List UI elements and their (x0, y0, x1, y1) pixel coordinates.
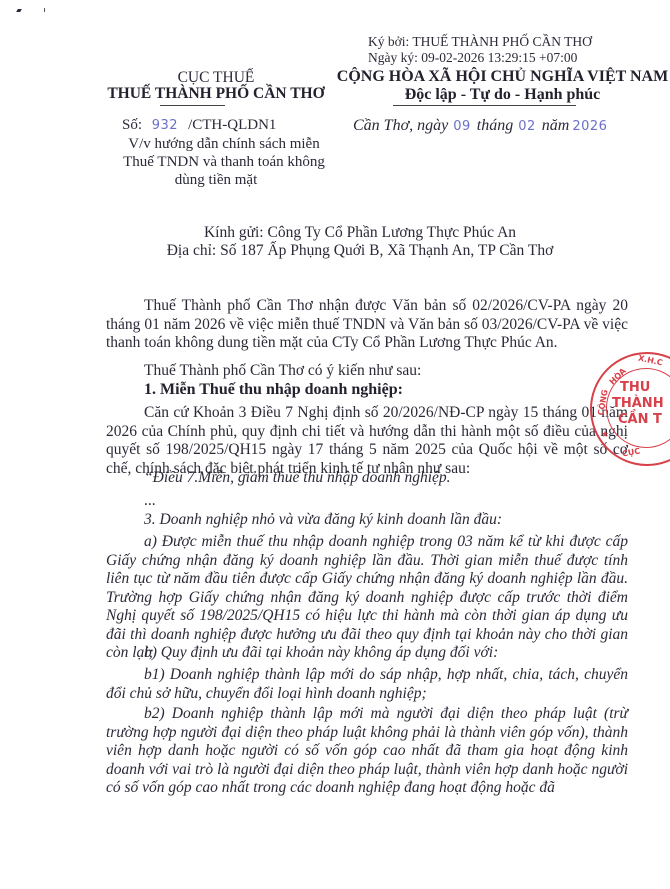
clause-3b1: b1) Doanh nghiệp thành lập mới do sáp nh… (106, 666, 628, 703)
document-number-label: Số: (122, 117, 142, 133)
scan-artifact (16, 9, 22, 12)
quoted-article-title: “Điều 7.Miễn, giảm thuế thu nhập doanh n… (144, 469, 666, 488)
clause-3b2: b2) Doanh nghiệp thành lập mới mà người … (106, 705, 628, 798)
star-icon: ★ (601, 430, 609, 440)
handwritten-day: 09 (453, 119, 471, 134)
month-label: tháng (477, 117, 513, 134)
seal-center-text: CẦN T (618, 412, 662, 427)
header-divider-left (160, 105, 225, 106)
ellipsis: ... (144, 492, 666, 511)
header-divider-right (393, 105, 576, 106)
issuing-agency: CỤC THUẾ (100, 69, 332, 86)
place-prefix: Cần Thơ, ngày (353, 117, 448, 134)
handwritten-month: 02 (518, 119, 536, 134)
document-number: Số: 932/CTH-QLDN1 (122, 117, 276, 134)
intro-paragraph: Thuế Thành phố Cần Thơ nhận được Văn bản… (106, 297, 628, 353)
recipient-address: Địa chỉ: Số 187 Ấp Phụng Quới B, Xã Thạn… (80, 242, 640, 260)
seal-ring-text: CỤC (621, 446, 641, 458)
subject-line: V/v hướng dẫn chính sách miễn (100, 136, 340, 154)
digital-signature-signer: Ký bởi: THUẾ THÀNH PHỐ CẦN THƠ (368, 34, 592, 50)
place-and-date: Cần Thơ, ngày09tháng02năm2026 (353, 117, 613, 136)
year-label: năm (542, 117, 570, 134)
scan-artifact (44, 8, 45, 12)
document-number-handwritten: 932 (152, 118, 178, 133)
clause-3b: b) Quy định ưu đãi tại khoản này không á… (144, 644, 666, 663)
national-title: CỘNG HÒA XÃ HỘI CHỦ NGHĨA VIỆT NAM (335, 68, 670, 86)
recipient-name: Kính gửi: Công Ty Cổ Phần Lương Thực Phú… (80, 224, 640, 242)
opinion-line: Thuế Thành phố Cần Thơ có ý kiến như sau… (106, 362, 628, 381)
subject-line: dùng tiền mặt (100, 172, 332, 190)
seal-center-text: THU (620, 380, 650, 395)
seal-ring-text: X.H.C (637, 354, 663, 368)
national-motto: Độc lập - Tự do - Hạnh phúc (335, 86, 670, 104)
legal-basis-paragraph: Căn cứ Khoản 3 Điều 7 Nghị định số 20/20… (106, 404, 628, 478)
document-number-suffix: /CTH-QLDN1 (188, 117, 276, 133)
seal-center-text: THÀNH (612, 396, 664, 411)
clause-3: 3. Doanh nghiệp nhỏ và vừa đăng ký kinh … (144, 511, 666, 530)
issuing-department: THUẾ THÀNH PHỐ CẦN THƠ (100, 85, 332, 102)
section-heading: 1. Miễn Thuế thu nhập doanh nghiệp: (144, 381, 666, 400)
handwritten-year: 2026 (572, 119, 607, 134)
digital-signature-date: Ngày ký: 09-02-2026 13:29:15 +07:00 (368, 50, 577, 66)
subject-line: Thuế TNDN và thanh toán không (100, 154, 340, 172)
